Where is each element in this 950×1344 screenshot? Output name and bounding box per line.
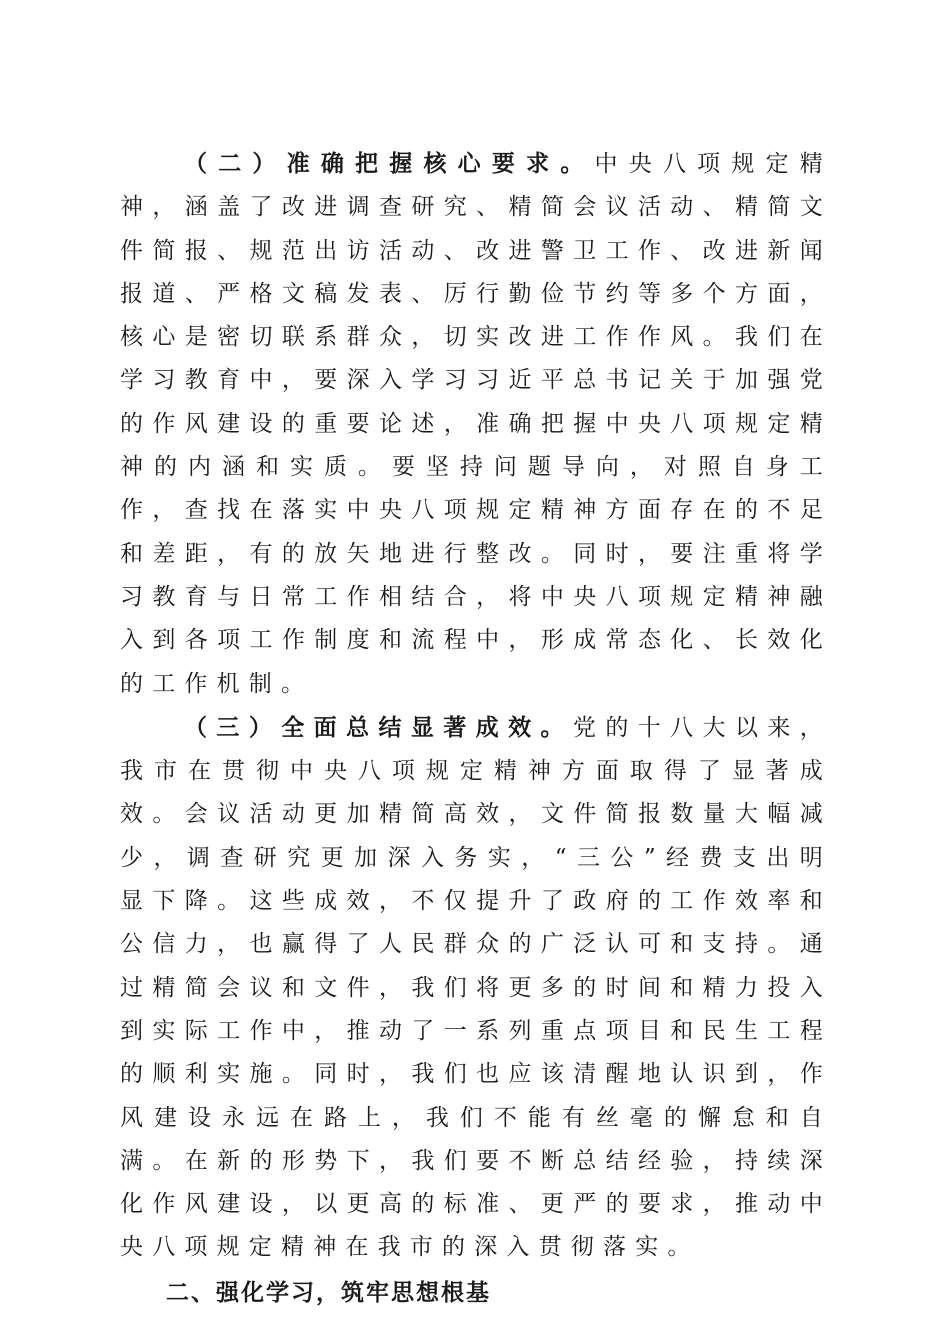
- section-heading: 二、强化学习，筑牢思想根基: [120, 1272, 832, 1315]
- document-page: （二）准确把握核心要求。中央八项规定精神，涵盖了改进调查研究、精简会议活动、精简…: [120, 142, 832, 1315]
- section-2-lead: （二）准确把握核心要求。: [184, 150, 595, 177]
- paragraph-section-2: （二）准确把握核心要求。中央八项规定精神，涵盖了改进调查研究、精简会议活动、精简…: [120, 142, 832, 706]
- section-3-body: 党的十八大以来，我市在贯彻中央八项规定精神方面取得了显著成效。会议活动更加精简高…: [120, 715, 832, 1261]
- paragraph-section-3: （三）全面总结显著成效。党的十八大以来，我市在贯彻中央八项规定精神方面取得了显著…: [120, 706, 832, 1270]
- section-2-body: 中央八项规定精神，涵盖了改进调查研究、精简会议活动、精简文件简报、规范出访活动、…: [120, 151, 832, 697]
- section-3-lead: （三）全面总结显著成效。: [184, 714, 573, 741]
